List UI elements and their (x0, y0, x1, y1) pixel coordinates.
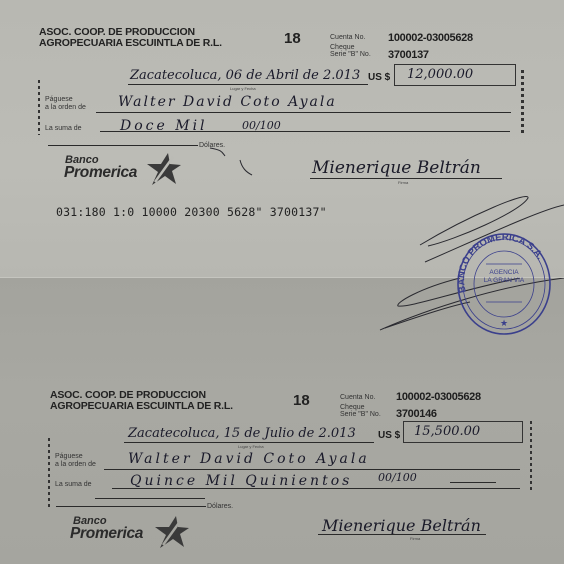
stamp-inner-line2: LA GRAN VIA (484, 277, 525, 284)
stamp-ring-text: BANCO PROMERICA S.A. (456, 232, 546, 294)
svg-text:BANCO PROMERICA S.A.: BANCO PROMERICA S.A. (456, 232, 546, 294)
bank-stamp: BANCO PROMERICA S.A. AGENCIA LA GRAN VIA… (452, 222, 556, 340)
stamp-inner-line1: AGENCIA (489, 269, 519, 276)
stamp-star-icon: ★ (500, 318, 508, 328)
